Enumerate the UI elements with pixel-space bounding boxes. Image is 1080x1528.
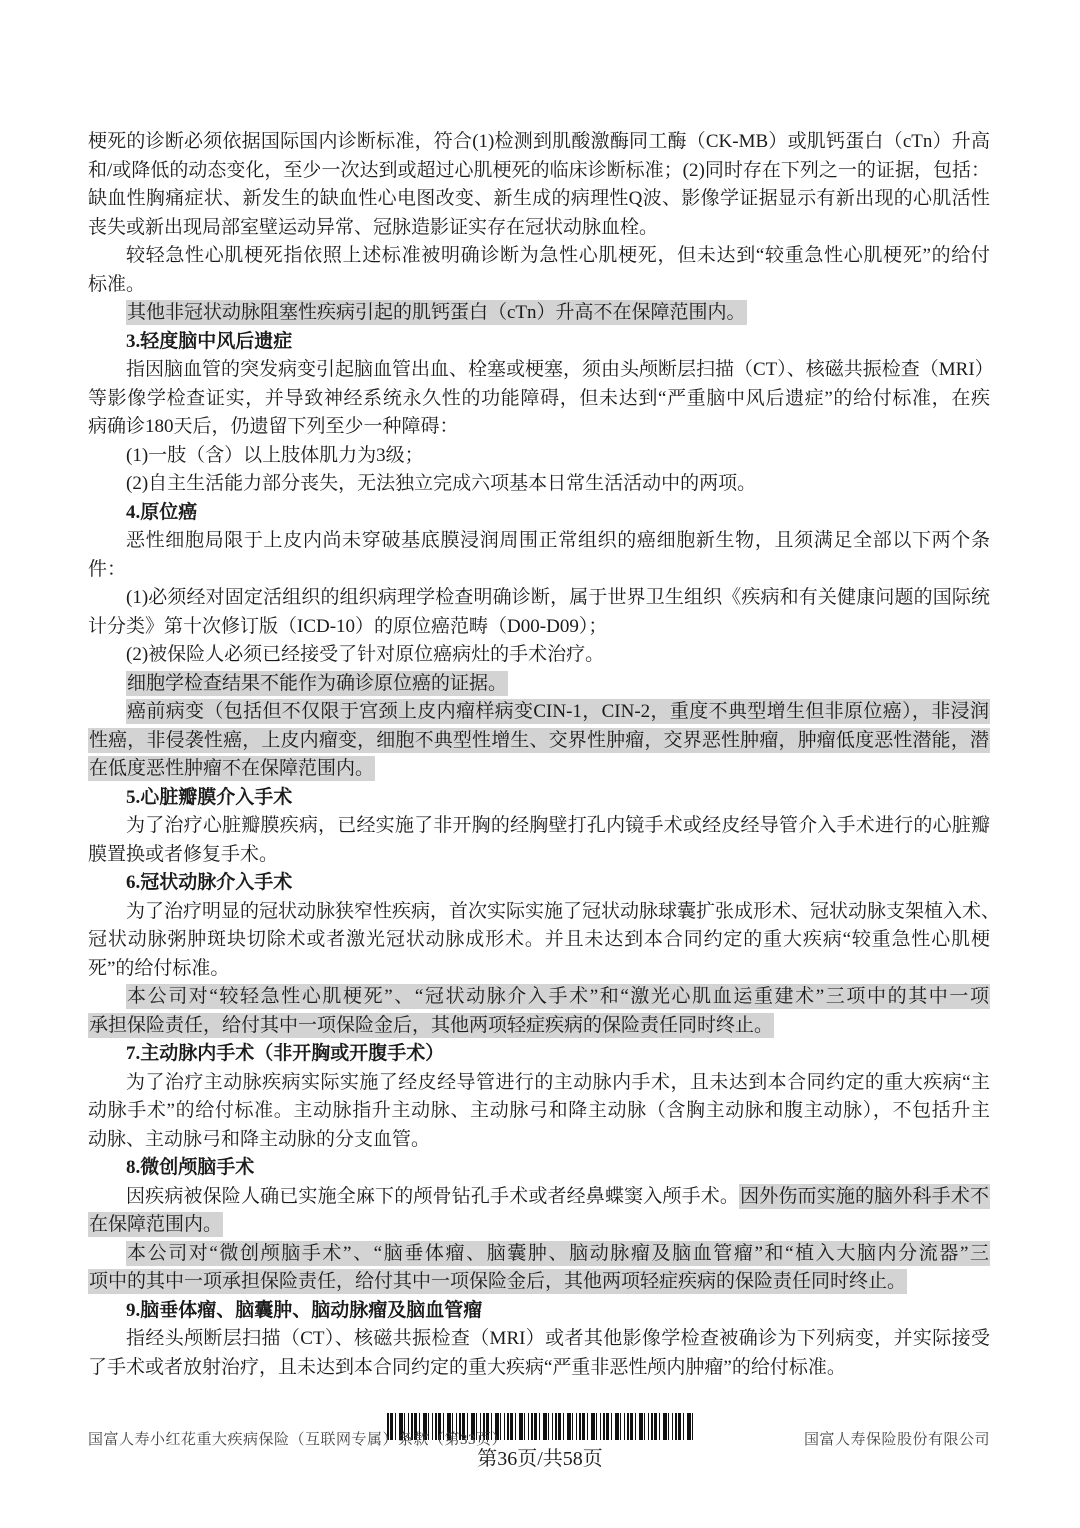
text-line: 为了治疗主动脉疾病实际实施了经皮经导管进行的主动脉内手术，且未达到本合同约定的重… (88, 1069, 990, 1098)
section-heading: 9.脑垂体瘤、脑囊肿、脑动脉瘤及脑血管瘤 (88, 1297, 990, 1326)
text-line: 动脉、主动脉弓和降主动脉的分支血管。 (88, 1126, 990, 1155)
text-line: (1)必须经对固定活组织的组织病理学检查明确诊断，属于世界卫生组织《疾病和有关健… (88, 584, 990, 613)
text-line: 动脉手术”的给付标准。主动脉指升主动脉、主动脉弓和降主动脉（含胸主动脉和腹主动脉… (88, 1097, 990, 1126)
section-heading: 7.主动脉内手术（非开胸或开腹手术） (88, 1040, 990, 1069)
text-segment: 病确诊180天后，仍遗留下列至少一种障碍： (88, 416, 459, 437)
text-line: 项中的其中一项承担保险责任，给付其中一项保险金后，其他两项轻症疾病的保险责任同时… (88, 1268, 990, 1297)
section-heading: 4.原位癌 (88, 499, 990, 528)
text-segment: 较轻急性心肌梗死指依照上述标准被明确诊断为急性心肌梗死，但未达到“较重急性心肌梗… (126, 245, 990, 266)
text-line: (1)一肢（含）以上肢体肌力为3级； (88, 442, 990, 471)
text-segment: 为了治疗明显的冠状动脉狭窄性疾病，首次实际实施了冠状动脉球囊扩张成形术、冠状动脉… (126, 901, 990, 922)
highlighted-text: 本公司对“较轻急性心肌梗死”、“冠状动脉介入手术”和“激光心肌血运重建术”三项中… (126, 984, 990, 1009)
highlighted-text: 癌前病变（包括但不仅限于宫颈上皮内瘤样病变CIN-1，CIN-2，重度不典型增生… (126, 699, 990, 724)
text-segment: 因疾病被保险人确已实施全麻下的颅骨钻孔手术或者经鼻蝶窦入颅手术。 (126, 1186, 739, 1207)
text-segment: 指经头颅断层扫描（CT）、核磁共振检查（MRI）或者其他影像学检查被确诊为下列病… (126, 1328, 990, 1349)
text-segment: 等影像学检查证实，并导致神经系统永久性的功能障碍，但未达到“严重脑中风后遗症”的… (88, 388, 990, 409)
text-segment: 指因脑血管的突发病变引起脑血管出血、栓塞或梗塞，须由头颅断层扫描（CT）、核磁共… (126, 359, 990, 380)
text-line: 本公司对“微创颅脑手术”、“脑垂体瘤、脑囊肿、脑动脉瘤及脑血管瘤”和“植入大脑内… (88, 1240, 990, 1269)
highlighted-text: 性癌，非侵袭性癌，上皮内瘤变，细胞不典型性增生、交界性肿瘤，交界恶性肿瘤，肿瘤低… (88, 728, 990, 753)
text-line: (2)被保险人必须已经接受了针对原位癌病灶的手术治疗。 (88, 641, 990, 670)
text-line: 在低度恶性肿瘤不在保障范围内。 (88, 755, 990, 784)
text-segment: 9.脑垂体瘤、脑囊肿、脑动脉瘤及脑血管瘤 (126, 1300, 482, 1321)
text-line: 本公司对“较轻急性心肌梗死”、“冠状动脉介入手术”和“激光心肌血运重建术”三项中… (88, 983, 990, 1012)
text-segment: 7.主动脉内手术（非开胸或开腹手术） (126, 1043, 444, 1064)
section-heading: 6.冠状动脉介入手术 (88, 869, 990, 898)
text-line: 为了治疗心脏瓣膜疾病，已经实施了非开胸的经胸壁打孔内镜手术或经皮经导管介入手术进… (88, 812, 990, 841)
text-segment: 冠状动脉粥肿斑块切除术或者激光冠状动脉成形术。并且未达到本合同约定的重大疾病“较… (88, 929, 990, 950)
text-segment: 了手术或者放射治疗，且未达到本合同约定的重大疾病“严重非恶性颅内肿瘤”的给付标准… (88, 1357, 846, 1378)
text-line: 膜置换或者修复手术。 (88, 841, 990, 870)
text-line: 等影像学检查证实，并导致神经系统永久性的功能障碍，但未达到“严重脑中风后遗症”的… (88, 385, 990, 414)
text-segment: 动脉手术”的给付标准。主动脉指升主动脉、主动脉弓和降主动脉（含胸主动脉和腹主动脉… (88, 1100, 990, 1121)
text-segment: 缺血性胸痛症状、新发生的缺血性心电图改变、新生成的病理性Q波、影像学证据显示有新… (88, 188, 990, 209)
text-line: 恶性细胞局限于上皮内尚未穿破基底膜浸润周围正常组织的癌细胞新生物，且须满足全部以… (88, 527, 990, 556)
text-segment: (2)自主生活能力部分丧失，无法独立完成六项基本日常生活活动中的两项。 (126, 473, 756, 494)
text-line: 病确诊180天后，仍遗留下列至少一种障碍： (88, 413, 990, 442)
text-segment: 3.轻度脑中风后遗症 (126, 331, 292, 352)
text-line: (2)自主生活能力部分丧失，无法独立完成六项基本日常生活活动中的两项。 (88, 470, 990, 499)
text-line: 癌前病变（包括但不仅限于宫颈上皮内瘤样病变CIN-1，CIN-2，重度不典型增生… (88, 698, 990, 727)
text-line: 了手术或者放射治疗，且未达到本合同约定的重大疾病“严重非恶性颅内肿瘤”的给付标准… (88, 1354, 990, 1383)
highlighted-text: 细胞学检查结果不能作为确诊原位癌的证据。 (126, 671, 508, 696)
text-line: 冠状动脉粥肿斑块切除术或者激光冠状动脉成形术。并且未达到本合同约定的重大疾病“较… (88, 926, 990, 955)
text-line: 其他非冠状动脉阻塞性疾病引起的肌钙蛋白（cTn）升高不在保障范围内。 (88, 299, 990, 328)
text-line: 因疾病被保险人确已实施全麻下的颅骨钻孔手术或者经鼻蝶窦入颅手术。因外伤而实施的脑… (88, 1183, 990, 1212)
text-segment: 死”的给付标准。 (88, 958, 229, 979)
text-segment: 4.原位癌 (126, 502, 197, 523)
highlighted-text: 承担保险责任，给付其中一项保险金后，其他两项轻症疾病的保险责任同时终止。 (88, 1013, 774, 1038)
text-segment: 和/或降低的动态变化，至少一次达到或超过心肌梗死的临床诊断标准；(2)同时存在下… (88, 160, 990, 181)
text-line: 死”的给付标准。 (88, 955, 990, 984)
text-segment: 丧失或新出现局部室壁运动异常、冠脉造影证实存在冠状动脉血栓。 (88, 217, 658, 238)
text-line: 梗死的诊断必须依据国际国内诊断标准，符合(1)检测到肌酸激酶同工酶（CK-MB）… (88, 128, 990, 157)
text-line: 指经头颅断层扫描（CT）、核磁共振检查（MRI）或者其他影像学检查被确诊为下列病… (88, 1325, 990, 1354)
text-segment: 恶性细胞局限于上皮内尚未穿破基底膜浸润周围正常组织的癌细胞新生物，且须满足全部以… (126, 530, 990, 551)
highlighted-text: 在低度恶性肿瘤不在保障范围内。 (88, 756, 375, 781)
text-line: 计分类》第十次修订版（ICD-10）的原位癌范畴（D00-D09）； (88, 613, 990, 642)
section-heading: 5.心脏瓣膜介入手术 (88, 784, 990, 813)
text-segment: 膜置换或者修复手术。 (88, 844, 278, 865)
text-segment: 6.冠状动脉介入手术 (126, 872, 292, 893)
text-segment: 动脉、主动脉弓和降主动脉的分支血管。 (88, 1129, 430, 1150)
highlighted-text: 项中的其中一项承担保险责任，给付其中一项保险金后，其他两项轻症疾病的保险责任同时… (88, 1269, 907, 1294)
text-line: 缺血性胸痛症状、新发生的缺血性心电图改变、新生成的病理性Q波、影像学证据显示有新… (88, 185, 990, 214)
text-line: 为了治疗明显的冠状动脉狭窄性疾病，首次实际实施了冠状动脉球囊扩张成形术、冠状动脉… (88, 898, 990, 927)
text-line: 件： (88, 556, 990, 585)
highlighted-text: 因外伤而实施的脑外科手术不 (739, 1184, 990, 1209)
text-segment: 计分类》第十次修订版（ICD-10）的原位癌范畴（D00-D09）； (88, 616, 607, 637)
section-heading: 3.轻度脑中风后遗症 (88, 328, 990, 357)
text-segment: 件： (88, 559, 126, 580)
text-segment: 标准。 (88, 274, 145, 295)
text-line: 在保障范围内。 (88, 1211, 990, 1240)
text-line: 指因脑血管的突发病变引起脑血管出血、栓塞或梗塞，须由头颅断层扫描（CT）、核磁共… (88, 356, 990, 385)
highlighted-text: 本公司对“微创颅脑手术”、“脑垂体瘤、脑囊肿、脑动脉瘤及脑血管瘤”和“植入大脑内… (126, 1241, 990, 1266)
text-line: 细胞学检查结果不能作为确诊原位癌的证据。 (88, 670, 990, 699)
text-segment: 为了治疗心脏瓣膜疾病，已经实施了非开胸的经胸壁打孔内镜手术或经皮经导管介入手术进… (126, 815, 990, 836)
text-line: 标准。 (88, 271, 990, 300)
page-number: 第36页/共58页 (0, 1446, 1080, 1472)
text-segment: 5.心脏瓣膜介入手术 (126, 787, 292, 808)
section-heading: 8.微创颅脑手术 (88, 1154, 990, 1183)
text-segment: 梗死的诊断必须依据国际国内诊断标准，符合(1)检测到肌酸激酶同工酶（CK-MB）… (88, 131, 990, 152)
text-segment: (2)被保险人必须已经接受了针对原位癌病灶的手术治疗。 (126, 644, 604, 665)
text-line: 丧失或新出现局部室壁运动异常、冠脉造影证实存在冠状动脉血栓。 (88, 214, 990, 243)
text-segment: 为了治疗主动脉疾病实际实施了经皮经导管进行的主动脉内手术，且未达到本合同约定的重… (126, 1072, 990, 1093)
text-block: 梗死的诊断必须依据国际国内诊断标准，符合(1)检测到肌酸激酶同工酶（CK-MB）… (88, 128, 990, 1382)
text-segment: 8.微创颅脑手术 (126, 1157, 254, 1178)
text-segment: (1)一肢（含）以上肢体肌力为3级； (126, 445, 424, 466)
text-line: 较轻急性心肌梗死指依照上述标准被明确诊断为急性心肌梗死，但未达到“较重急性心肌梗… (88, 242, 990, 271)
text-line: 承担保险责任，给付其中一项保险金后，其他两项轻症疾病的保险责任同时终止。 (88, 1012, 990, 1041)
text-line: 性癌，非侵袭性癌，上皮内瘤变，细胞不典型性增生、交界性肿瘤，交界恶性肿瘤，肿瘤低… (88, 727, 990, 756)
text-segment: (1)必须经对固定活组织的组织病理学检查明确诊断，属于世界卫生组织《疾病和有关健… (126, 587, 990, 608)
highlighted-text: 在保障范围内。 (88, 1212, 223, 1237)
policy-document-page: 梗死的诊断必须依据国际国内诊断标准，符合(1)检测到肌酸激酶同工酶（CK-MB）… (0, 0, 1080, 1528)
text-line: 和/或降低的动态变化，至少一次达到或超过心肌梗死的临床诊断标准；(2)同时存在下… (88, 157, 990, 186)
highlighted-text: 其他非冠状动脉阻塞性疾病引起的肌钙蛋白（cTn）升高不在保障范围内。 (126, 300, 747, 325)
